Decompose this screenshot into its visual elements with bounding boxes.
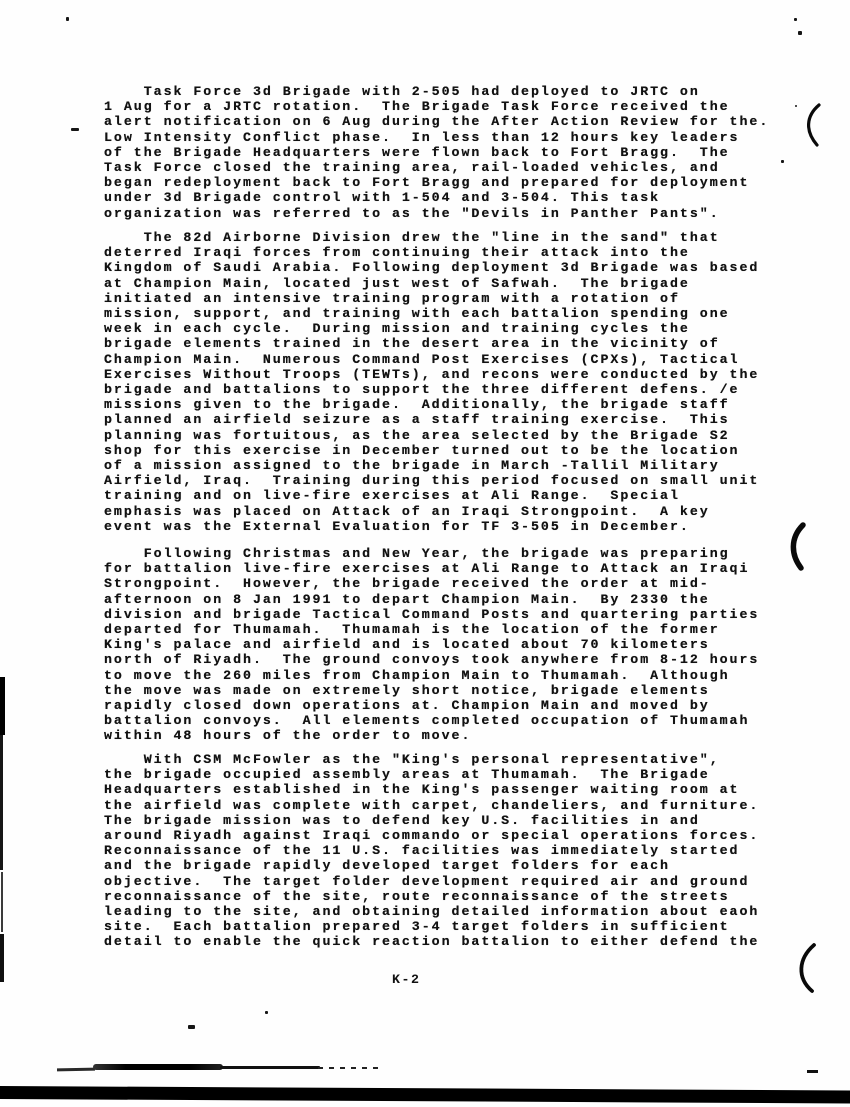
scan-smudge-line bbox=[57, 1068, 95, 1071]
scan-dash-mark bbox=[807, 1070, 818, 1073]
scan-smudge-line bbox=[318, 1067, 380, 1069]
scan-speck bbox=[71, 128, 79, 131]
left-edge-scan-bar bbox=[1, 872, 3, 932]
scanned-document-page: Task Force 3d Brigade with 2-505 had dep… bbox=[0, 0, 850, 1107]
scan-speck bbox=[781, 160, 784, 163]
margin-paren-mark-icon bbox=[792, 942, 820, 994]
scan-speck bbox=[265, 1011, 268, 1014]
bottom-edge-scan-bar bbox=[0, 1086, 850, 1104]
page-number: K-2 bbox=[392, 972, 420, 987]
scan-speck bbox=[66, 17, 69, 21]
paragraph-2: The 82d Airborne Division drew the "line… bbox=[104, 230, 759, 534]
scan-smudge-line bbox=[93, 1064, 223, 1070]
scan-smudge-line bbox=[220, 1066, 320, 1069]
scan-speck bbox=[798, 31, 802, 35]
left-edge-scan-bar bbox=[0, 934, 4, 982]
scan-speck bbox=[188, 1025, 195, 1029]
scan-speck bbox=[794, 18, 797, 21]
paragraph-3: Following Christmas and New Year, the br… bbox=[104, 546, 759, 744]
left-edge-scan-bar bbox=[0, 735, 3, 870]
paragraph-4: With CSM McFowler as the "King's persona… bbox=[104, 752, 759, 950]
margin-paren-mark-icon bbox=[800, 103, 824, 147]
paragraph-1: Task Force 3d Brigade with 2-505 had dep… bbox=[104, 84, 769, 221]
left-edge-scan-bar bbox=[0, 677, 5, 735]
scan-speck bbox=[795, 105, 797, 107]
margin-paren-mark-icon bbox=[786, 522, 810, 572]
